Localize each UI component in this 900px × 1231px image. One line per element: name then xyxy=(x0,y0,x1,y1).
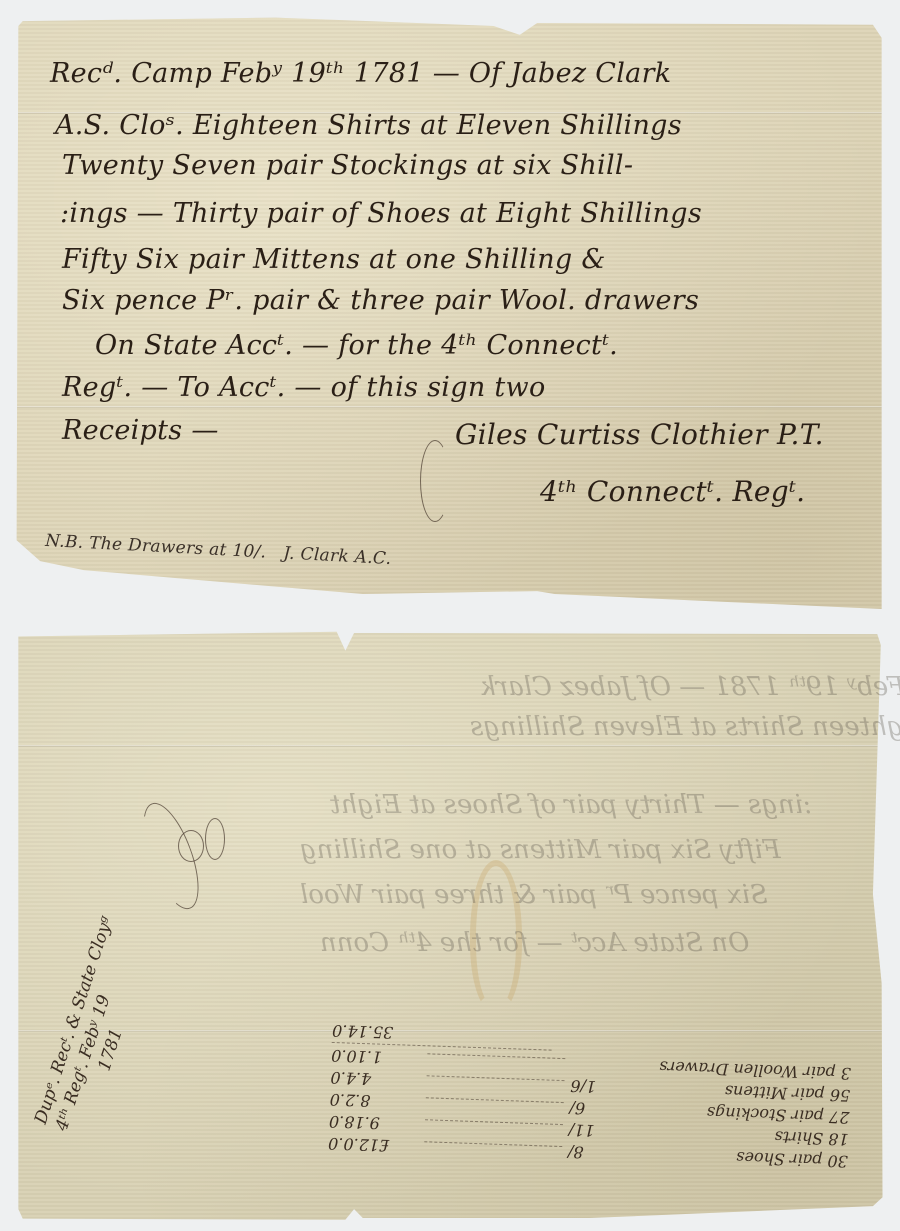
signature-name: Giles Curtiss Clothier P.T. xyxy=(455,418,824,451)
receipt-line-5: Fifty Six pair Mittens at one Shilling & xyxy=(62,244,606,275)
fold-crease xyxy=(14,406,886,408)
dotted-leader xyxy=(427,1053,565,1059)
fold-crease xyxy=(14,745,886,747)
dotted-leader xyxy=(425,1119,563,1125)
bleed-through-line: On State Accᵗ — for the 4ᵗʰ Conn xyxy=(320,928,749,958)
receipt-line-3: Twenty Seven pair Stockings at six Shill… xyxy=(62,150,633,181)
receipt-line-9: Receipts — xyxy=(62,415,219,446)
receipt-line-7: On State Accᵗ. — for the 4ᵗʰ Connectᵗ. xyxy=(95,330,618,361)
docket-initial-mark xyxy=(178,830,204,862)
clothing-account-upside-down: 30 pair Shoes 8/ £12.0.0 18 Shirts 11/ 9… xyxy=(328,1021,852,1171)
bleed-through-line: Six pence Pʳ pair & three pair Wool xyxy=(300,880,768,910)
signature-flourish xyxy=(420,440,450,522)
docket-initial-mark xyxy=(205,818,225,860)
dotted-leader xyxy=(427,1075,565,1081)
receipt-line-2: A.S. Cloˢ. Eighteen Shirts at Eleven Shi… xyxy=(55,110,682,141)
receipt-line-8: Regᵗ. — To Accᵗ. — of this sign two xyxy=(62,372,546,403)
dotted-leader xyxy=(424,1141,562,1147)
bleed-through-line: A.S. Cloˢ Eighteen Shirts at Eleven Shil… xyxy=(470,712,900,742)
bleed-through-line: Fifty Six pair Mittens at one Shilling xyxy=(300,835,781,865)
dotted-leader xyxy=(426,1097,564,1103)
bleed-through-line: :ings — Thirty pair of Shoes at Eight xyxy=(330,790,812,820)
receipt-line-6: Six pence Pʳ. pair & three pair Wool. dr… xyxy=(62,285,699,316)
receipt-line-4: :ings — Thirty pair of Shoes at Eight Sh… xyxy=(60,198,702,229)
receipt-line-1: Recᵈ. Camp Febʸ 19ᵗʰ 1781 — Of Jabez Cla… xyxy=(50,58,671,89)
signature-title: 4ᵗʰ Connectᵗ. Regᵗ. xyxy=(540,475,805,508)
bleed-through-line: Recᵈ Camp Febʸ 19ᵗʰ 1781 — Of Jabez Clar… xyxy=(480,672,900,702)
